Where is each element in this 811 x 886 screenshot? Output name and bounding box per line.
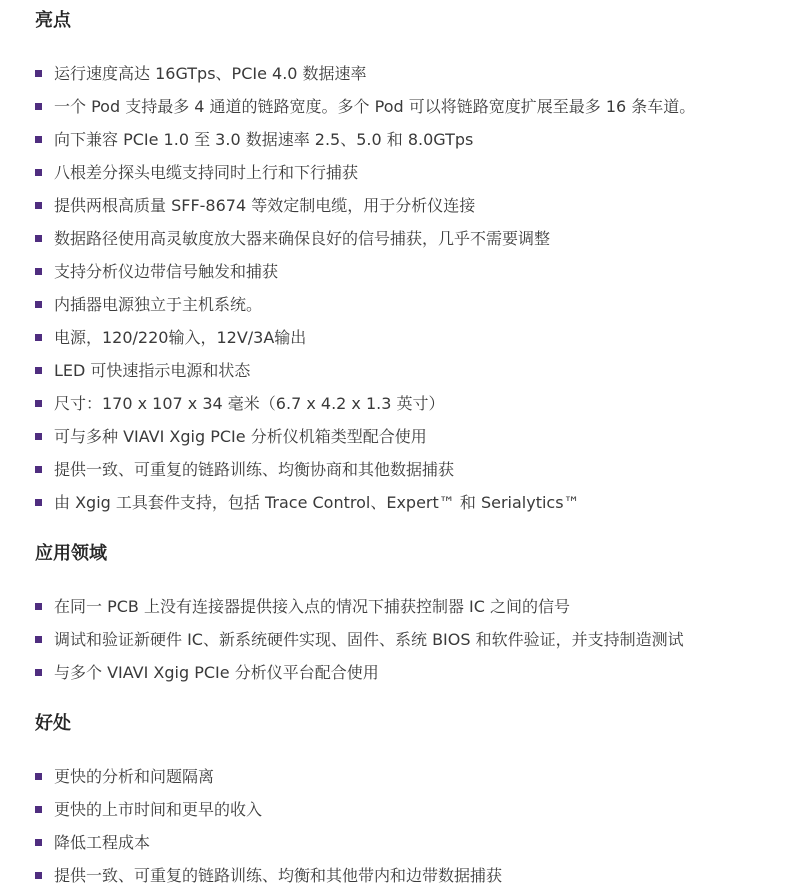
list-item: 一个 Pod 支持最多 4 通道的链路宽度。多个 Pod 可以将链路宽度扩展至最… [35, 90, 777, 123]
list-item: 提供一致、可重复的链路训练、均衡和其他带内和边带数据捕获 [35, 859, 777, 886]
list-item-text: LED 可快速指示电源和状态 [54, 360, 250, 382]
bullet-square-icon [35, 636, 42, 643]
section-heading: 好处 [35, 715, 777, 733]
list-item-text: 支持分析仪边带信号触发和捕获 [54, 261, 278, 283]
list-item-text: 电源，120/220输入，12V/3A输出 [54, 327, 306, 349]
bullet-square-icon [35, 367, 42, 374]
list-item-text: 更快的上市时间和更早的收入 [54, 799, 262, 821]
bullet-square-icon [35, 169, 42, 176]
list-item-text: 降低工程成本 [54, 832, 150, 854]
list-item-text: 更快的分析和问题隔离 [54, 766, 214, 788]
list-item: 调试和验证新硬件 IC、新系统硬件实现、固件、系统 BIOS 和软件验证，并支持… [35, 623, 777, 656]
list-item: 由 Xgig 工具套件支持，包括 Trace Control、Expert™ 和… [35, 486, 777, 519]
list-item-text: 内插器电源独立于主机系统。 [54, 294, 262, 316]
bullet-square-icon [35, 433, 42, 440]
bullet-square-icon [35, 103, 42, 110]
bullet-square-icon [35, 301, 42, 308]
bullet-square-icon [35, 235, 42, 242]
bullet-square-icon [35, 603, 42, 610]
bullet-square-icon [35, 136, 42, 143]
bullet-list: 在同一 PCB 上没有连接器提供接入点的情况下捕获控制器 IC 之间的信号 调试… [35, 590, 777, 689]
list-item-text: 八根差分探头电缆支持同时上行和下行捕获 [54, 162, 358, 184]
content-section: 亮点 运行速度高达 16GTps、PCIe 4.0 数据速率 一个 Pod 支持… [35, 12, 777, 519]
list-item: 提供两根高质量 SFF-8674 等效定制电缆，用于分析仪连接 [35, 189, 777, 222]
list-item: 向下兼容 PCIe 1.0 至 3.0 数据速率 2.5、5.0 和 8.0GT… [35, 123, 777, 156]
list-item-text: 一个 Pod 支持最多 4 通道的链路宽度。多个 Pod 可以将链路宽度扩展至最… [54, 96, 695, 118]
bullet-square-icon [35, 499, 42, 506]
list-item-text: 运行速度高达 16GTps、PCIe 4.0 数据速率 [54, 63, 367, 85]
bullet-square-icon [35, 268, 42, 275]
list-item: 电源，120/220输入，12V/3A输出 [35, 321, 777, 354]
bullet-square-icon [35, 806, 42, 813]
bullet-list: 更快的分析和问题隔离 更快的上市时间和更早的收入 降低工程成本 提供一致、可重复… [35, 760, 777, 886]
content-section: 好处 更快的分析和问题隔离 更快的上市时间和更早的收入 降低工程成本 提供一致、… [35, 715, 777, 886]
bullet-list: 运行速度高达 16GTps、PCIe 4.0 数据速率 一个 Pod 支持最多 … [35, 57, 777, 519]
list-item: 内插器电源独立于主机系统。 [35, 288, 777, 321]
list-item: 运行速度高达 16GTps、PCIe 4.0 数据速率 [35, 57, 777, 90]
list-item-text: 向下兼容 PCIe 1.0 至 3.0 数据速率 2.5、5.0 和 8.0GT… [54, 129, 473, 151]
list-item: 提供一致、可重复的链路训练、均衡协商和其他数据捕获 [35, 453, 777, 486]
bullet-square-icon [35, 466, 42, 473]
list-item-text: 数据路径使用高灵敏度放大器来确保良好的信号捕获，几乎不需要调整 [54, 228, 550, 250]
list-item: 与多个 VIAVI Xgig PCIe 分析仪平台配合使用 [35, 656, 777, 689]
list-item: 可与多种 VIAVI Xgig PCIe 分析仪机箱类型配合使用 [35, 420, 777, 453]
list-item-text: 调试和验证新硬件 IC、新系统硬件实现、固件、系统 BIOS 和软件验证，并支持… [54, 629, 684, 651]
list-item-text: 提供一致、可重复的链路训练、均衡和其他带内和边带数据捕获 [54, 865, 502, 886]
bullet-square-icon [35, 669, 42, 676]
list-item-text: 与多个 VIAVI Xgig PCIe 分析仪平台配合使用 [54, 662, 379, 684]
bullet-square-icon [35, 872, 42, 879]
bullet-square-icon [35, 70, 42, 77]
section-heading: 亮点 [35, 12, 777, 30]
list-item: 降低工程成本 [35, 826, 777, 859]
list-item: 八根差分探头电缆支持同时上行和下行捕获 [35, 156, 777, 189]
list-item-text: 尺寸：170 x 107 x 34 毫米（6.7 x 4.2 x 1.3 英寸） [54, 393, 445, 415]
list-item: 更快的分析和问题隔离 [35, 760, 777, 793]
product-info-content: 亮点 运行速度高达 16GTps、PCIe 4.0 数据速率 一个 Pod 支持… [35, 12, 777, 886]
bullet-square-icon [35, 202, 42, 209]
bullet-square-icon [35, 773, 42, 780]
list-item-text: 在同一 PCB 上没有连接器提供接入点的情况下捕获控制器 IC 之间的信号 [54, 596, 570, 618]
list-item: LED 可快速指示电源和状态 [35, 354, 777, 387]
content-section: 应用领域 在同一 PCB 上没有连接器提供接入点的情况下捕获控制器 IC 之间的… [35, 545, 777, 689]
list-item-text: 提供一致、可重复的链路训练、均衡协商和其他数据捕获 [54, 459, 454, 481]
list-item: 更快的上市时间和更早的收入 [35, 793, 777, 826]
list-item: 数据路径使用高灵敏度放大器来确保良好的信号捕获，几乎不需要调整 [35, 222, 777, 255]
bullet-square-icon [35, 334, 42, 341]
list-item: 支持分析仪边带信号触发和捕获 [35, 255, 777, 288]
list-item-text: 提供两根高质量 SFF-8674 等效定制电缆，用于分析仪连接 [54, 195, 475, 217]
bullet-square-icon [35, 839, 42, 846]
bullet-square-icon [35, 400, 42, 407]
list-item: 在同一 PCB 上没有连接器提供接入点的情况下捕获控制器 IC 之间的信号 [35, 590, 777, 623]
list-item: 尺寸：170 x 107 x 34 毫米（6.7 x 4.2 x 1.3 英寸） [35, 387, 777, 420]
section-heading: 应用领域 [35, 545, 777, 563]
list-item-text: 由 Xgig 工具套件支持，包括 Trace Control、Expert™ 和… [54, 492, 580, 514]
list-item-text: 可与多种 VIAVI Xgig PCIe 分析仪机箱类型配合使用 [54, 426, 427, 448]
